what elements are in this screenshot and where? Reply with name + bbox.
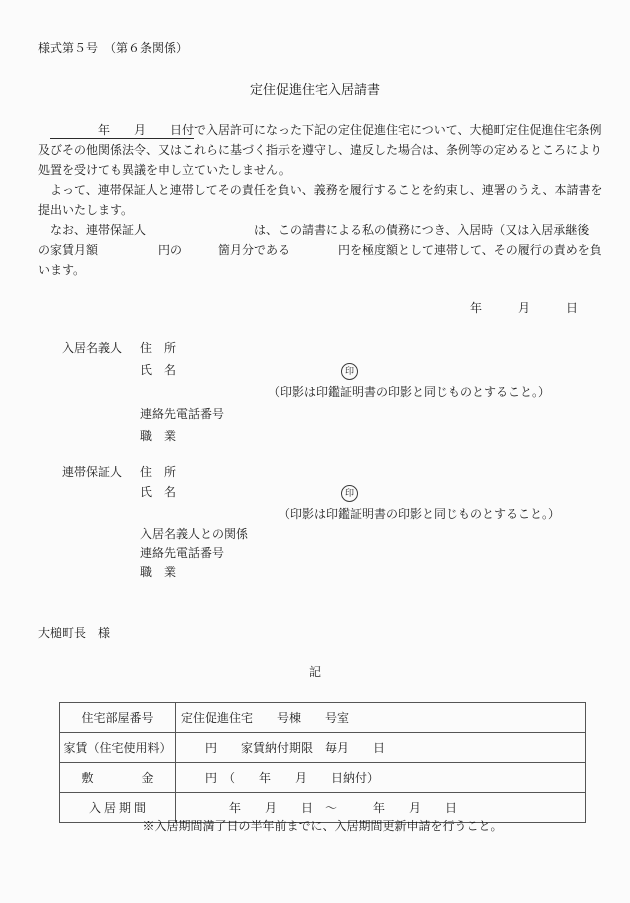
document-title: 定住促進住宅入居請書 bbox=[0, 82, 630, 97]
table-row-room-number: 住宅部屋番号 定住促進住宅 号棟 号室 bbox=[60, 703, 586, 733]
date-line: 年 月 日 bbox=[470, 301, 578, 316]
guarantor-occupation-label: 職 業 bbox=[140, 565, 176, 580]
rent-header: 家賃（住宅使用料） bbox=[60, 733, 176, 763]
paragraph1-line1: 年 月 日付で入居許可になった下記の定住促進住宅について、大槌町定住促進住宅条例 bbox=[38, 123, 602, 138]
table-row-rent: 家賃（住宅使用料） 円 家賃納付期限 毎月 日 bbox=[60, 733, 586, 763]
guarantor-phone-label: 連絡先電話番号 bbox=[140, 546, 224, 561]
table-row-deposit: 敷 金 円 （ 年 月 日納付） bbox=[60, 763, 586, 793]
paragraph2-line2: 提出いたします。 bbox=[38, 203, 133, 218]
rent-value: 円 家賃納付期限 毎月 日 bbox=[176, 733, 586, 763]
form-number: 様式第５号 （第６条関係） bbox=[38, 41, 188, 56]
line-indent bbox=[38, 123, 50, 137]
guarantor-address-label: 住 所 bbox=[140, 465, 176, 480]
room-number-value: 定住促進住宅 号棟 号室 bbox=[176, 703, 586, 733]
paragraph1-line1-text: で入居許可になった下記の定住促進住宅について、大槌町定住促進住宅条例 bbox=[194, 123, 602, 137]
deposit-value: 円 （ 年 月 日納付） bbox=[176, 763, 586, 793]
guarantor-label: 連帯保証人 bbox=[62, 465, 122, 480]
ki-marker: 記 bbox=[0, 665, 630, 680]
tenant-occupation-label: 職 業 bbox=[140, 429, 176, 444]
date-blank-underline: 年 月 日付 bbox=[50, 123, 194, 139]
tenant-label: 入居名義人 bbox=[62, 341, 122, 356]
occupancy-period-value: 年 月 日 ～ 年 月 日 bbox=[176, 793, 586, 823]
housing-details-table: 住宅部屋番号 定住促進住宅 号棟 号室 家賃（住宅使用料） 円 家賃納付期限 毎… bbox=[59, 702, 586, 823]
room-number-header: 住宅部屋番号 bbox=[60, 703, 176, 733]
document-page: { "header": { "form_number": "様式第５号 （第６条… bbox=[0, 0, 630, 903]
deposit-header: 敷 金 bbox=[60, 763, 176, 793]
guarantor-relation-label: 入居名義人との関係 bbox=[140, 527, 248, 542]
occupancy-period-header: 入 居 期 間 bbox=[60, 793, 176, 823]
paragraph3-line2: の家賃月額 円の 箇月分である 円を極度額として連帯して、その履行の責めを負 bbox=[38, 243, 602, 258]
tenant-seal-icon: 印 bbox=[341, 363, 358, 380]
renewal-footnote: ※入居期間満了日の半年前までに、入居期間更新申請を行うこと。 bbox=[59, 819, 586, 834]
guarantor-seal-icon: 印 bbox=[341, 485, 358, 502]
paragraph2-line1: よって、連帯保証人と連帯してその責任を負い、義務を履行することを約束し、連署のう… bbox=[38, 183, 602, 198]
tenant-phone-label: 連絡先電話番号 bbox=[140, 407, 224, 422]
guarantor-name-label: 氏 名 bbox=[140, 485, 176, 500]
table-row-occupancy-period: 入 居 期 間 年 月 日 ～ 年 月 日 bbox=[60, 793, 586, 823]
tenant-name-label: 氏 名 bbox=[140, 363, 176, 378]
paragraph3-line1: なお、連帯保証人 は、この請書による私の債務につき、入居時（又は入居承継後 bbox=[38, 223, 589, 238]
tenant-seal-note: （印影は印鑑証明書の印影と同じものとすること。） bbox=[268, 385, 550, 400]
paragraph1-line3: 処置を受けても異議を申し立ていたしません。 bbox=[38, 163, 291, 178]
tenant-address-label: 住 所 bbox=[140, 341, 176, 356]
addressee: 大槌町長 様 bbox=[38, 626, 110, 641]
guarantor-seal-note: （印影は印鑑証明書の印影と同じものとすること。） bbox=[278, 507, 560, 522]
paragraph1-line2: 及びその他関係法令、又はこれらに基づく指示を遵守し、違反した場合は、条例等の定め… bbox=[38, 143, 602, 158]
paragraph3-line3: います。 bbox=[38, 263, 85, 278]
